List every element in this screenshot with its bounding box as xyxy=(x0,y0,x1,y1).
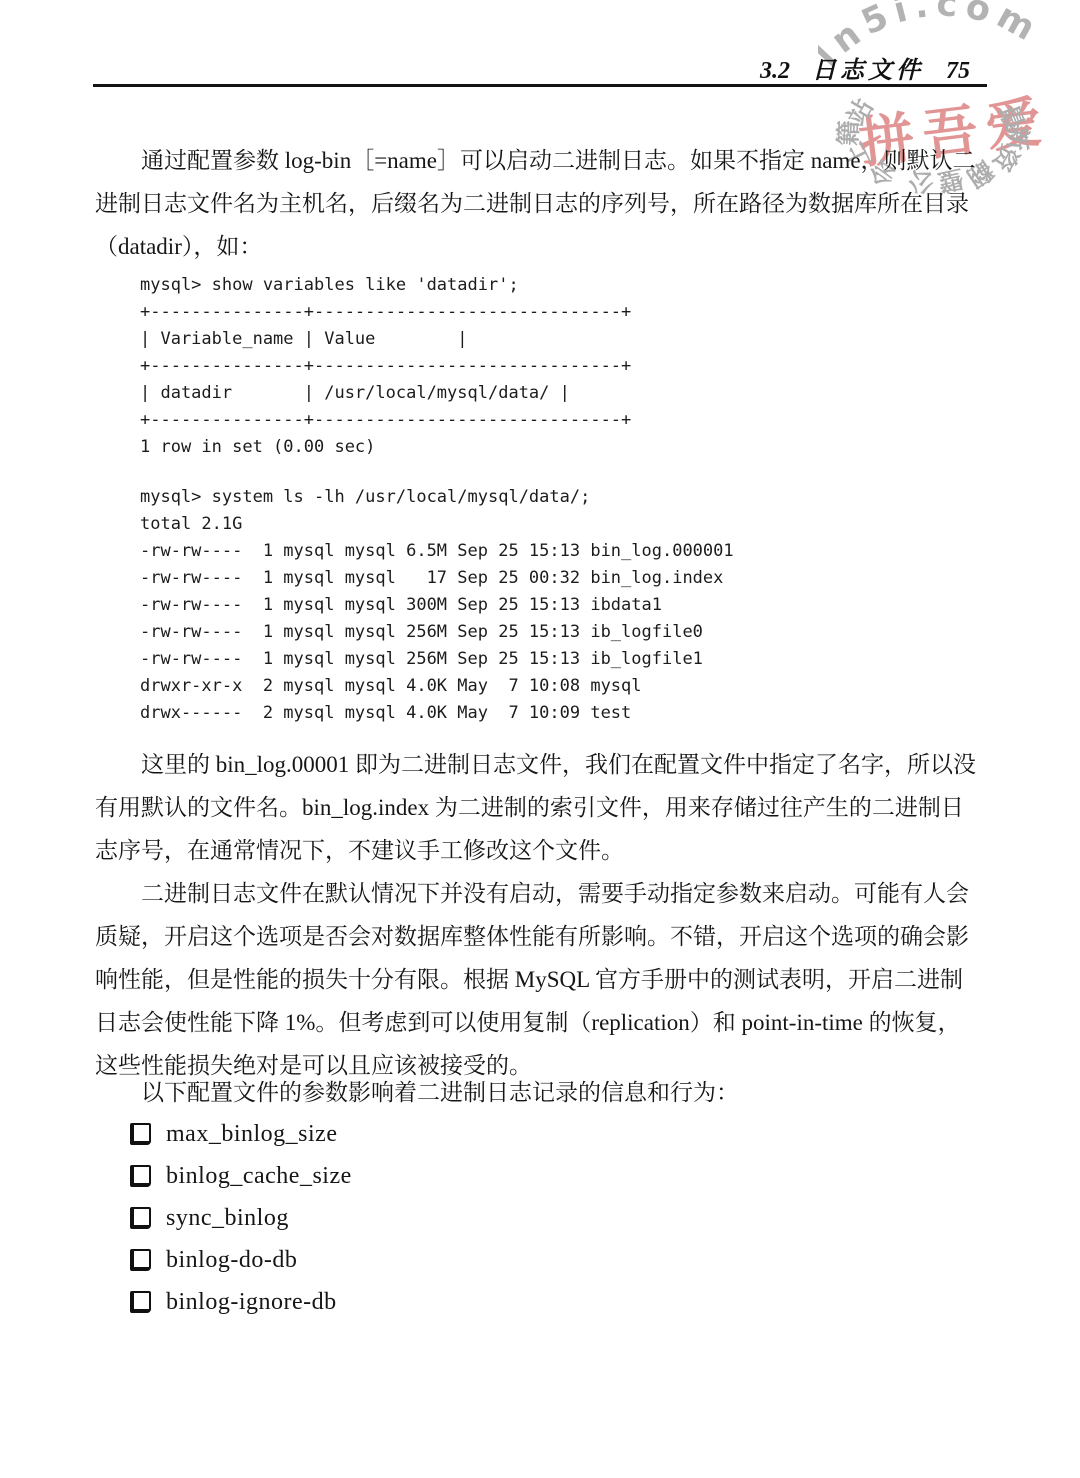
chapter-title: 日志文件 xyxy=(812,50,924,85)
binlog-parameter-list: max_binlog_size binlog_cache_size sync_b… xyxy=(130,1113,630,1323)
list-item: binlog-ignore-db xyxy=(130,1281,630,1323)
code-ls-output: mysql> system ls -lh /usr/local/mysql/da… xyxy=(140,484,734,727)
paragraph-list-intro: 以下配置文件的参数影响着二进制日志记录的信息和行为： xyxy=(95,1071,990,1114)
list-item: binlog-do-db xyxy=(130,1239,630,1281)
list-item: binlog_cache_size xyxy=(130,1155,630,1197)
page-content: 通过配置参数 log-bin［=name］可以启动二进制日志。如果不指定 nam… xyxy=(0,0,1080,1478)
square-bullet-icon xyxy=(130,1249,151,1271)
paragraph-logbin-intro: 通过配置参数 log-bin［=name］可以启动二进制日志。如果不指定 nam… xyxy=(95,139,990,268)
square-bullet-icon xyxy=(130,1165,151,1187)
list-item: sync_binlog xyxy=(130,1197,630,1239)
square-bullet-icon xyxy=(130,1123,151,1145)
book-page: 3.2 日志文件 75 ln5i.com 拼吾爱 站籍上会公璧翻资新最 通过配置… xyxy=(0,0,1080,1478)
paragraph-binlog-files: 这里的 bin_log.00001 即为二进制日志文件，我们在配置文件中指定了名… xyxy=(95,743,990,872)
list-item: max_binlog_size xyxy=(130,1113,630,1155)
parameter-name: binlog-do-db xyxy=(166,1247,297,1274)
square-bullet-icon xyxy=(130,1207,151,1229)
page-number: 75 xyxy=(946,58,970,85)
code-show-variables: mysql> show variables like 'datadir'; +-… xyxy=(140,272,631,461)
section-number: 3.2 xyxy=(760,58,790,85)
parameter-name: max_binlog_size xyxy=(166,1121,337,1148)
header-rule xyxy=(93,84,987,87)
parameter-name: binlog-ignore-db xyxy=(166,1289,337,1316)
square-bullet-icon xyxy=(130,1291,151,1313)
page-header: 3.2 日志文件 75 xyxy=(760,50,970,82)
parameter-name: sync_binlog xyxy=(166,1205,289,1232)
parameter-name: binlog_cache_size xyxy=(166,1163,352,1190)
paragraph-performance: 二进制日志文件在默认情况下并没有启动，需要手动指定参数来启动。可能有人会 质疑，… xyxy=(95,872,990,1087)
